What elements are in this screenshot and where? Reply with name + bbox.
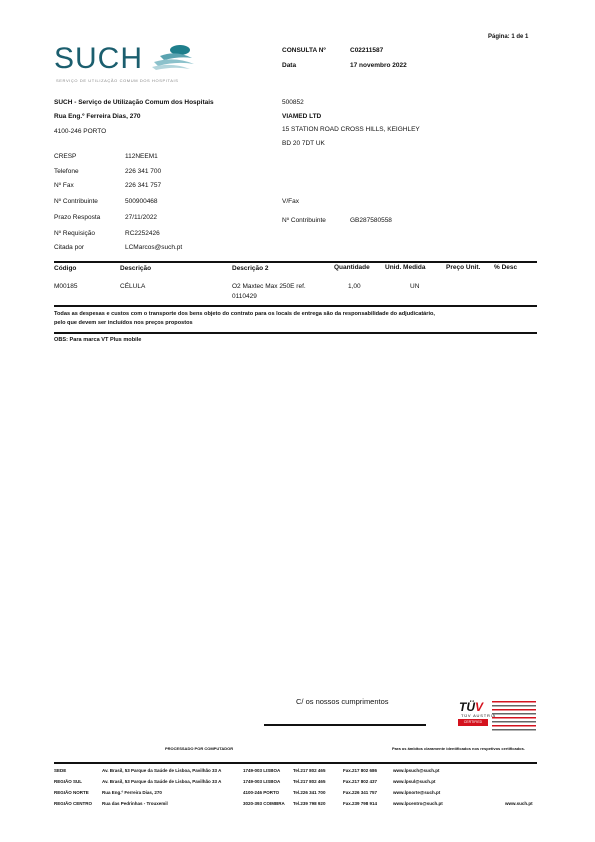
office-tel: Tel.226 341 700 [293, 790, 325, 795]
office-address: Rua das Pedrinhas - Trouxemil [102, 801, 168, 806]
row-quantidade: 1,00 [348, 283, 361, 290]
supplier-nif-value: GB287580558 [350, 217, 392, 224]
field-label: Nº Requisição [54, 230, 95, 237]
office-address: Av. Brasil, 53 Parque da Saúde de Lisboa… [102, 768, 221, 773]
website-link[interactable]: www.such.pt [505, 801, 533, 806]
supplier-code: 500852 [282, 99, 304, 106]
row-descricao2: O2 Maxtec Max 250E ref. [232, 283, 306, 290]
field-value: RC2252426 [125, 230, 160, 237]
notes-line1: Todas as despesas e custos com o transpo… [54, 311, 435, 317]
col-desconto: % Desc [494, 264, 517, 271]
certified-scope-note: Para os âmbitos claramente identificados… [392, 746, 525, 751]
office-email[interactable]: www.lpcentro@such.pt [393, 801, 443, 806]
supplier-fax-label: V/Fax [282, 198, 299, 205]
tuv-certified-label: CERTIFIED [458, 719, 488, 726]
such-waves-icon [150, 42, 198, 72]
field-value: 500900468 [125, 198, 158, 205]
office-address: Rua Eng.º Ferreira Dias, 270 [102, 790, 162, 795]
notes-rule [54, 332, 537, 334]
date-value: 17 novembro 2022 [350, 62, 407, 69]
field-value: 226 341 757 [125, 182, 161, 189]
office-fax: Fax.217 802 686 [343, 768, 377, 773]
field-value: 112NEEM1 [125, 153, 158, 160]
field-value: 27/11/2022 [125, 214, 157, 221]
row-codigo: M00185 [54, 283, 78, 290]
office-email[interactable]: www.lpsuch@such.pt [393, 768, 439, 773]
obs-note: OBS: Para marca VT Plus mobile [54, 337, 141, 343]
col-descricao: Descrição [120, 265, 151, 272]
consulta-label: CONSULTA Nº [282, 47, 326, 54]
office-region: REGIÃO SUL [54, 779, 82, 784]
office-region: REGIÃO CENTRO [54, 801, 92, 806]
such-logo: SUCH [54, 42, 143, 76]
sender-address2: 4100-246 PORTO [54, 128, 106, 135]
office-city: 1749-003 LISBOA [243, 768, 280, 773]
col-unidade: Unid. Medida [385, 264, 425, 271]
office-fax: Fax.239 798 914 [343, 801, 377, 806]
signature-line [264, 724, 426, 726]
field-label: Citada por [54, 244, 84, 251]
office-email[interactable]: www.lpsul@such.pt [393, 779, 435, 784]
field-label: Nº Fax [54, 182, 74, 189]
logo-name: SUCH [54, 42, 143, 76]
field-label: Nº Contribuinte [54, 198, 98, 205]
logo-tagline: SERVIÇO DE UTILIZAÇÃO COMUM DOS HOSPITAI… [56, 78, 178, 83]
field-label: Prazo Resposta [54, 214, 100, 221]
office-fax: Fax.226 341 757 [343, 790, 377, 795]
office-address: Av. Brasil, 53 Parque da Saúde de Lisboa… [102, 779, 221, 784]
date-label: Data [282, 62, 296, 69]
sender-address1: Rua Eng.º Ferreira Dias, 270 [54, 113, 141, 120]
office-tel: Tel.217 802 465 [293, 768, 325, 773]
office-tel: Tel.239 798 920 [293, 801, 325, 806]
tuv-logo: TÜV [459, 700, 483, 714]
office-email[interactable]: www.lpnorte@such.pt [393, 790, 440, 795]
office-city: 3020-393 COIMBRA [243, 801, 285, 806]
supplier-address1: 15 STATION ROAD CROSS HILLS, KEIGHLEY [282, 126, 420, 133]
office-tel: Tel.217 802 465 [293, 779, 325, 784]
tuv-standards-list [492, 701, 536, 731]
col-descricao2: Descrição 2 [232, 265, 269, 272]
office-region: REGIÃO NORTE [54, 790, 89, 795]
closing-greeting: C/ os nossos cumprimentos [296, 697, 389, 706]
footer-rule [54, 762, 537, 764]
field-value: 226 341 700 [125, 168, 161, 175]
col-preco: Preço Unit. [446, 264, 480, 271]
supplier-nif-label: Nº Contribuinte [282, 217, 326, 224]
table-top-rule [54, 261, 537, 263]
field-label: Telefone [54, 168, 79, 175]
office-region: SEDE [54, 768, 66, 773]
table-bottom-rule [54, 305, 537, 307]
tuv-austria-label: TÜV AUSTRIA [461, 713, 496, 718]
row-descricao: CÉLULA [120, 283, 145, 290]
office-city: 1749-003 LISBOA [243, 779, 280, 784]
field-value: LCMarcos@such.pt [125, 244, 182, 251]
row-descricao2-ref: 0110429 [232, 293, 257, 300]
col-quantidade: Quantidade [334, 264, 370, 271]
supplier-address2: BD 20 7DT UK [282, 140, 325, 147]
tuv-certification-badge: TÜV TÜV AUSTRIA CERTIFIED [457, 700, 539, 736]
supplier-name: VIAMED LTD [282, 113, 321, 120]
office-fax: Fax.217 802 437 [343, 779, 377, 784]
row-unidade: UN [410, 283, 419, 290]
notes-line2: pelo que devem ser incluídos nos preços … [54, 320, 193, 326]
office-city: 4100-246 PORTO [243, 790, 279, 795]
col-codigo: Código [54, 265, 76, 272]
consulta-value: C02211587 [350, 47, 383, 54]
sender-name: SUCH - Serviço de Utilização Comum dos H… [54, 99, 214, 106]
processed-label: PROCESSADO POR COMPUTADOR [165, 746, 233, 751]
field-label: CRESP [54, 153, 76, 160]
page-indicator: Página: 1 de 1 [488, 34, 528, 40]
